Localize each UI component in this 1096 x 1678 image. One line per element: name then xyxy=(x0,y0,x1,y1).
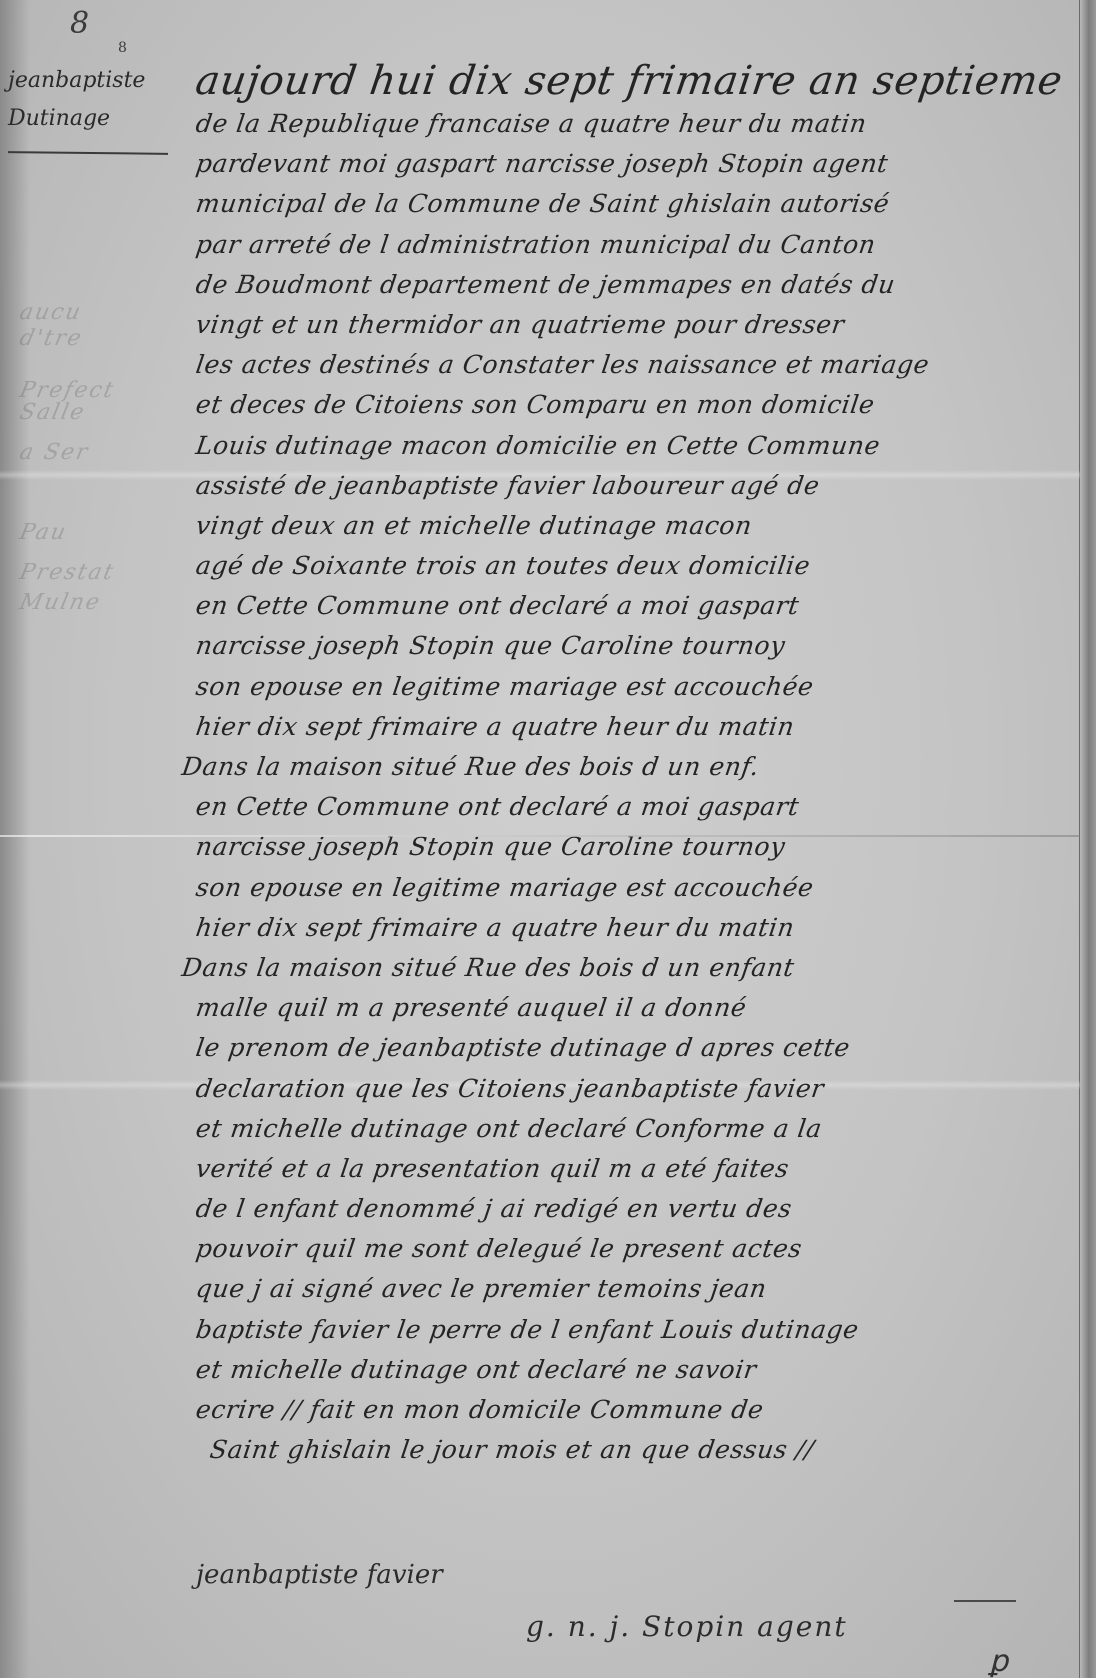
record-line-duplicated: narcisse joseph Stopin que Caroline tour… xyxy=(193,827,1059,867)
paraphe-flourish-icon: ꝑ xyxy=(989,1644,1008,1678)
record-line: pardevant moi gaspart narcisse joseph St… xyxy=(193,144,1059,184)
record-line: baptiste favier le perre de l enfant Lou… xyxy=(193,1310,1059,1350)
record-line: son epouse en legitime mariage est accou… xyxy=(193,667,1059,707)
record-line: en Cette Commune ont declaré a moi gaspa… xyxy=(193,586,1059,626)
binding-edge xyxy=(1079,0,1096,1678)
signature-block: jeanbaptiste favier g. n. j. Stopin agen… xyxy=(196,1560,1056,1670)
record-line: de l enfant denommé j ai redigé en vertu… xyxy=(193,1189,1059,1229)
record-line: Louis dutinage macon domicilie en Cette … xyxy=(193,426,1059,466)
record-line: narcisse joseph Stopin que Caroline tour… xyxy=(193,626,1059,666)
record-line: verité et a la presentation quil m a eté… xyxy=(193,1149,1059,1189)
record-line: et deces de Citoiens son Comparu en mon … xyxy=(193,385,1059,425)
register-page-scan: aucu d'tre Prefect Salle a Ser Pau Prest… xyxy=(0,0,1096,1678)
record-line: le prenom de jeanbaptiste dutinage d apr… xyxy=(193,1028,1059,1068)
record-body: aujourd hui dix sept frimaire an septiem… xyxy=(196,58,1056,1470)
record-line: de la Republique francaise a quatre heur… xyxy=(193,104,1059,144)
bleed-through-text: Prestat xyxy=(17,560,192,585)
record-line: de Boudmont departement de jemmapes en d… xyxy=(193,265,1059,305)
margin-note-line: Dutinage xyxy=(8,100,188,138)
record-line: par arreté de l administration municipal… xyxy=(193,225,1059,265)
record-line: pouvoir quil me sont delegué le present … xyxy=(193,1229,1059,1269)
folio-superscript: 8 xyxy=(118,40,127,56)
bleed-through-text: Salle xyxy=(17,400,192,425)
bleed-through-text: Pau xyxy=(17,520,192,545)
margin-note-line: jeanbaptiste xyxy=(8,62,188,100)
signature-rule xyxy=(954,1600,1016,1602)
left-gutter-shadow xyxy=(0,0,30,1678)
bleed-through-text: a Ser xyxy=(17,440,192,465)
scan-splice-seam xyxy=(0,835,1080,837)
bleed-through-text: d'tre xyxy=(17,326,192,351)
record-line: malle quil m a presenté auquel il a donn… xyxy=(193,988,1059,1028)
record-line-duplicated: en Cette Commune ont declaré a moi gaspa… xyxy=(193,787,1059,827)
record-line: que j ai signé avec le premier temoins j… xyxy=(193,1269,1059,1309)
record-line: Dans la maison situé Rue des bois d un e… xyxy=(179,747,1059,787)
record-line: agé de Soixante trois an toutes deux dom… xyxy=(193,546,1059,586)
record-line: ecrire // fait en mon domicile Commune d… xyxy=(193,1390,1059,1430)
record-line: et michelle dutinage ont declaré Conform… xyxy=(193,1109,1059,1149)
record-line: vingt deux an et michelle dutinage macon xyxy=(193,506,1059,546)
margin-note-child-name: jeanbaptiste Dutinage xyxy=(8,62,188,154)
record-line: Saint ghislain le jour mois et an que de… xyxy=(193,1430,1059,1470)
margin-note-underline xyxy=(8,151,168,155)
witness-signature: jeanbaptiste favier xyxy=(196,1560,443,1590)
record-line: hier dix sept frimaire a quatre heur du … xyxy=(193,707,1059,747)
agent-signature: g. n. j. Stopin agent xyxy=(526,1610,848,1643)
record-line: et michelle dutinage ont declaré ne savo… xyxy=(193,1350,1059,1390)
record-line-duplicated: son epouse en legitime mariage est accou… xyxy=(193,868,1059,908)
record-line: Dans la maison situé Rue des bois d un e… xyxy=(179,948,1059,988)
bleed-through-text: aucu xyxy=(17,300,192,325)
bleed-through-text: Mulne xyxy=(17,590,192,615)
page-number: 8 xyxy=(70,6,89,41)
record-line: les actes destinés a Constater les naiss… xyxy=(193,345,1059,385)
record-line: vingt et un thermidor an quatrieme pour … xyxy=(193,305,1059,345)
record-line: aujourd hui dix sept frimaire an septiem… xyxy=(193,58,1059,104)
record-line: municipal de la Commune de Saint ghislai… xyxy=(193,184,1059,224)
record-line-duplicated: hier dix sept frimaire a quatre heur du … xyxy=(193,908,1059,948)
record-line: declaration que les Citoiens jeanbaptist… xyxy=(193,1069,1059,1109)
record-line: assisté de jeanbaptiste favier laboureur… xyxy=(193,466,1059,506)
